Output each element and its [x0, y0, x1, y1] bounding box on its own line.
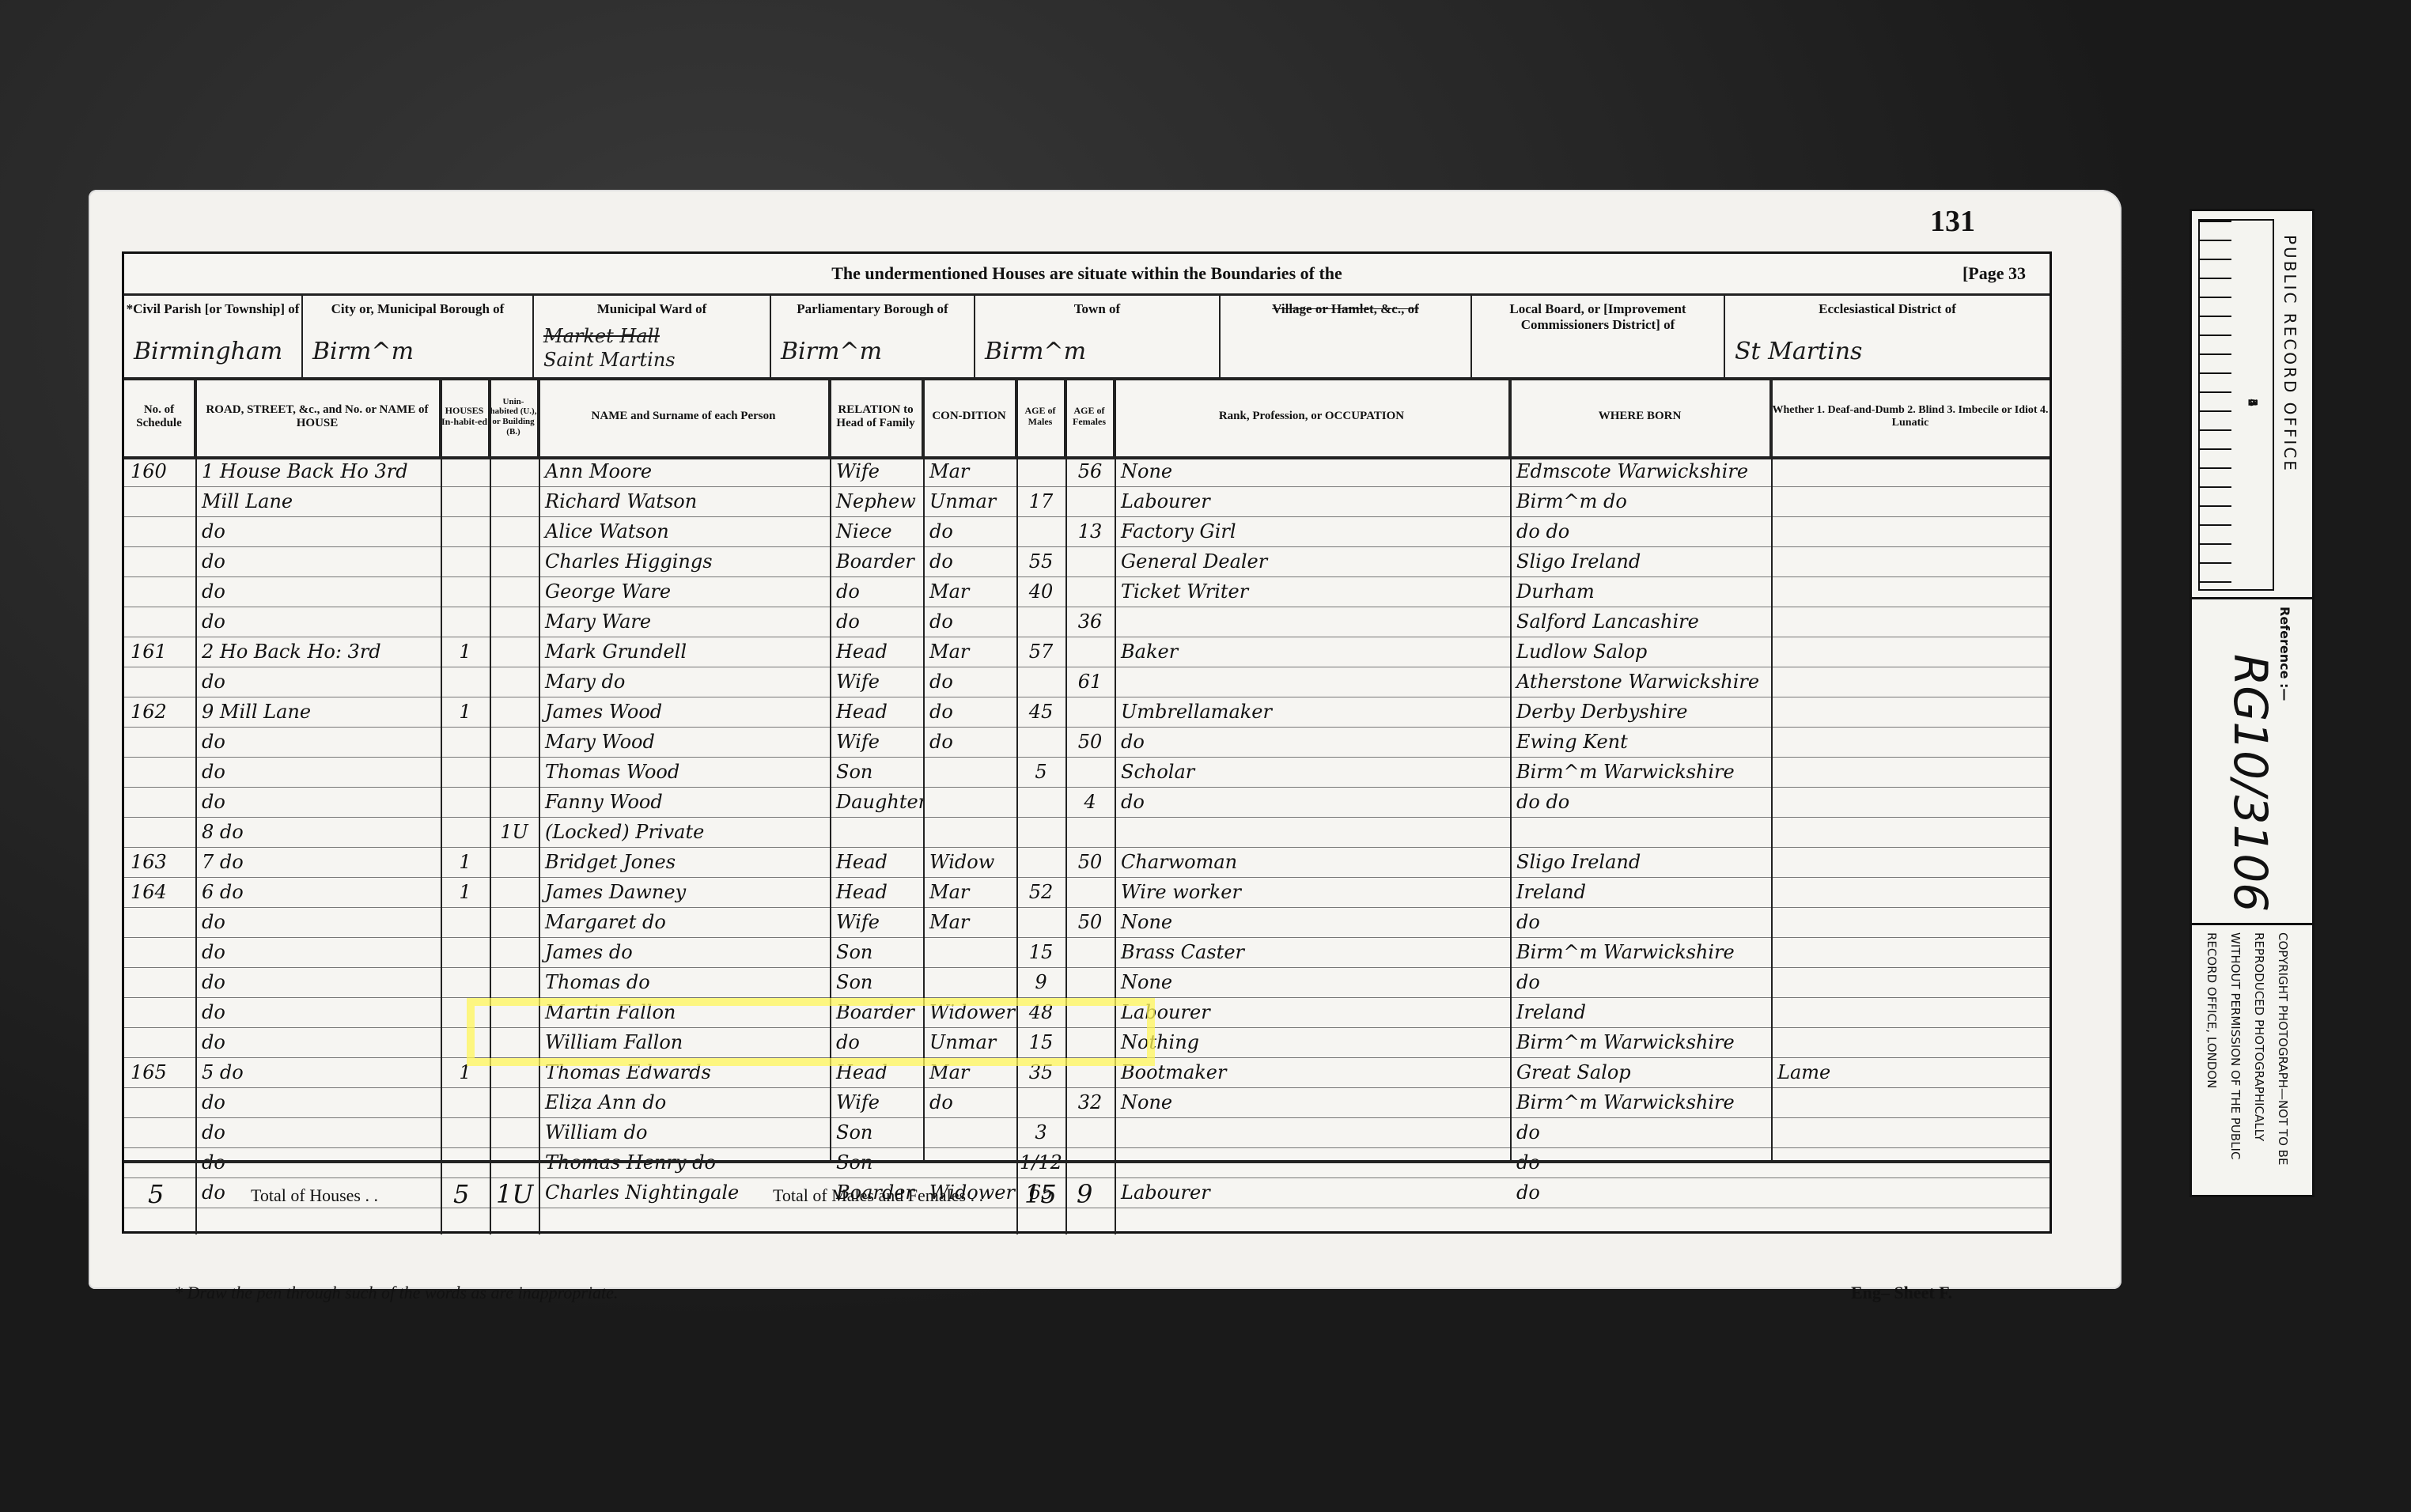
cell-name: William do [539, 1117, 830, 1147]
cell-relation: Head [830, 1057, 923, 1087]
cell-address: 6 do [195, 877, 441, 907]
cell-uninhabited [490, 757, 539, 787]
cell-relation: Boarder [830, 546, 923, 576]
cell-age-f: 50 [1065, 907, 1115, 937]
cell-relation: Head [830, 847, 923, 877]
cell-age-m: 52 [1016, 877, 1065, 907]
cell-uninhabited [490, 937, 539, 967]
cell-relation: do [830, 576, 923, 607]
cell-inhabited [441, 937, 490, 967]
cell-condition: Mar [923, 456, 1016, 486]
cell-address: do [195, 967, 441, 997]
cell-age-m [1016, 607, 1065, 637]
cell-age-m: 55 [1016, 546, 1065, 576]
cell-condition: do [923, 516, 1016, 546]
cell-relation: Niece [830, 516, 923, 546]
cell-infirmity [1771, 757, 2050, 787]
cell-age-m: 17 [1016, 486, 1065, 516]
cell-infirmity [1771, 997, 2050, 1027]
divider [923, 377, 925, 1160]
divider [2192, 923, 2312, 925]
total-females: 9 [1077, 1179, 1092, 1209]
cell-uninhabited [490, 486, 539, 516]
cell-infirmity [1771, 697, 2050, 727]
cell-name: Alice Watson [539, 516, 830, 546]
cell-name: Mark Grundell [539, 637, 830, 667]
cell-infirmity [1771, 877, 2050, 907]
cell-age-f: 36 [1065, 607, 1115, 637]
cell-schedule [124, 576, 195, 607]
cell-name: Thomas Wood [539, 757, 830, 787]
divider [490, 377, 491, 1234]
cell-name: Martin Fallon [539, 997, 830, 1027]
cell-age-m: 57 [1016, 637, 1065, 667]
cell-infirmity [1771, 456, 2050, 486]
cell-schedule: 160 [124, 456, 195, 486]
cell-birthplace: Salford Lancashire [1510, 607, 1771, 637]
divider [1510, 377, 1512, 1160]
cell-schedule: 165 [124, 1057, 195, 1087]
cell-age-m [1016, 727, 1065, 757]
table-row: doWilliam FallondoUnmar15NothingBirm^m W… [124, 1027, 2050, 1058]
cell-relation: Wife [830, 1087, 923, 1117]
cell-schedule [124, 817, 195, 847]
cell-birthplace: Birm^m do [1510, 486, 1771, 516]
cell-birthplace: Birm^m Warwickshire [1510, 1087, 1771, 1117]
cell-uninhabited [490, 1027, 539, 1057]
cell-relation [830, 817, 923, 847]
col-age-females: AGE of Females [1065, 377, 1115, 456]
cell-age-f [1065, 757, 1115, 787]
cell-schedule [124, 1087, 195, 1117]
municipal-borough-field: City or, Municipal Borough of Birm^m [303, 293, 534, 377]
cell-birthplace: do [1510, 967, 1771, 997]
cell-age-f: 50 [1065, 727, 1115, 757]
col-condition: CON-DITION [923, 377, 1016, 456]
cell-age-m [1016, 907, 1065, 937]
cell-relation: Head [830, 637, 923, 667]
cell-infirmity [1771, 1087, 2050, 1117]
cell-condition: Mar [923, 907, 1016, 937]
cell-occupation: None [1115, 1087, 1510, 1117]
cell-condition: Mar [923, 576, 1016, 607]
cell-birthplace: Ireland [1510, 877, 1771, 907]
cell-relation: Son [830, 757, 923, 787]
cell-age-f: 50 [1065, 847, 1115, 877]
cell-schedule: 162 [124, 697, 195, 727]
col-uninhabited: Unin-habited (U.), or Building (B.) [490, 377, 539, 456]
cell-infirmity [1771, 516, 2050, 546]
cell-address: Mill Lane [195, 486, 441, 516]
cell-schedule [124, 787, 195, 817]
cell-age-f [1065, 576, 1115, 607]
cell-address: do [195, 757, 441, 787]
cell-uninhabited [490, 997, 539, 1027]
cell-condition: Mar [923, 877, 1016, 907]
cell-uninhabited [490, 456, 539, 486]
cell-infirmity [1771, 486, 2050, 516]
cell-uninhabited [490, 1087, 539, 1117]
cell-occupation: None [1115, 907, 1510, 937]
cell-birthplace: Durham [1510, 576, 1771, 607]
cell-relation: Wife [830, 727, 923, 757]
cell-age-f [1065, 486, 1115, 516]
table-row: 1655 do1Thomas EdwardsHeadMar35Bootmaker… [124, 1057, 2050, 1088]
cell-schedule [124, 967, 195, 997]
cell-name: George Ware [539, 576, 830, 607]
cell-schedule: 164 [124, 877, 195, 907]
cell-condition: do [923, 697, 1016, 727]
table-row: doWilliam doSon3do [124, 1117, 2050, 1148]
sheet-label: Eng– Sheet F. [1851, 1283, 1952, 1303]
cell-inhabited [441, 787, 490, 817]
cell-name: Charles Higgings [539, 546, 830, 576]
cell-inhabited: 1 [441, 637, 490, 667]
total-houses-label: Total of Houses . . [251, 1185, 378, 1206]
table-row: doAlice WatsonNiecedo13Factory Girldo do [124, 516, 2050, 547]
col-name: NAME and Surname of each Person [539, 377, 830, 456]
table-row: doMary WoodWifedo50doEwing Kent [124, 727, 2050, 758]
cell-schedule [124, 607, 195, 637]
col-infirmity: Whether 1. Deaf-and-Dumb 2. Blind 3. Imb… [1771, 377, 2050, 456]
col-relation: RELATION to Head of Family [830, 377, 923, 456]
cell-address: do [195, 516, 441, 546]
cell-infirmity [1771, 847, 2050, 877]
cell-infirmity [1771, 1117, 2050, 1147]
cell-relation: do [830, 607, 923, 637]
table-row: 1612 Ho Back Ho: 3rd1Mark GrundellHeadMa… [124, 637, 2050, 667]
cell-inhabited [441, 456, 490, 486]
cell-schedule [124, 1027, 195, 1057]
cell-infirmity [1771, 607, 2050, 637]
cell-name: James Wood [539, 697, 830, 727]
cell-infirmity [1771, 787, 2050, 817]
total-houses-uninhabited: 1U [496, 1179, 533, 1209]
cell-occupation: Labourer [1115, 486, 1510, 516]
cell-name: Margaret do [539, 907, 830, 937]
cell-birthplace: Ewing Kent [1510, 727, 1771, 757]
divider [1771, 377, 1773, 1160]
form-banner: The undermentioned Houses are situate wi… [124, 254, 2050, 296]
cell-age-f [1065, 697, 1115, 727]
cell-condition: Mar [923, 1057, 1016, 1087]
cell-inhabited [441, 546, 490, 576]
cell-condition [923, 967, 1016, 997]
table-row: doMargaret doWifeMar50Nonedo [124, 907, 2050, 938]
cell-name: (Locked) Private [539, 817, 830, 847]
civil-parish-field: *Civil Parish [or Township] of Birmingha… [124, 293, 303, 377]
col-inhabited: HOUSES In-habit-ed [441, 377, 490, 456]
cell-uninhabited [490, 787, 539, 817]
cell-relation: Head [830, 697, 923, 727]
village-hamlet-field: Village or Hamlet, &c., of [1221, 293, 1472, 377]
cell-birthplace: Ludlow Salop [1510, 637, 1771, 667]
divider [1065, 377, 1067, 1234]
cell-infirmity [1771, 1027, 2050, 1057]
cell-relation: Wife [830, 907, 923, 937]
cell-schedule [124, 937, 195, 967]
cell-address: do [195, 997, 441, 1027]
cell-occupation: None [1115, 456, 1510, 486]
cell-birthplace: Sligo Ireland [1510, 546, 1771, 576]
totals-row: 5 Total of Houses . . 5 1U Total of Male… [124, 1160, 2050, 1236]
cell-inhabited [441, 516, 490, 546]
cell-infirmity [1771, 546, 2050, 576]
cell-age-f: 4 [1065, 787, 1115, 817]
cell-occupation: Charwoman [1115, 847, 1510, 877]
cell-age-m [1016, 817, 1065, 847]
cell-inhabited [441, 907, 490, 937]
total-persons-label: Total of Males and Females . . [773, 1185, 983, 1206]
cell-inhabited [441, 967, 490, 997]
cell-age-f: 32 [1065, 1087, 1115, 1117]
cell-inhabited: 1 [441, 877, 490, 907]
column-headers: No. of Schedule ROAD, STREET, &c., and N… [124, 377, 2050, 459]
table-row: doThomas doSon9Nonedo [124, 967, 2050, 998]
cell-inhabited: 1 [441, 847, 490, 877]
cell-name: Richard Watson [539, 486, 830, 516]
parliamentary-borough-field: Parliamentary Borough of Birm^m [771, 293, 975, 377]
table-row: 1601 House Back Ho 3rdAnn MooreWifeMar56… [124, 456, 2050, 487]
cell-condition: do [923, 727, 1016, 757]
cell-birthplace [1510, 817, 1771, 847]
cell-schedule [124, 997, 195, 1027]
cell-relation: Nephew [830, 486, 923, 516]
col-birthplace: WHERE BORN [1510, 377, 1771, 456]
office-name: PUBLIC RECORD OFFICE [2280, 235, 2299, 473]
cell-name: Mary do [539, 667, 830, 697]
banner-title: The undermentioned Houses are situate wi… [124, 263, 2050, 284]
cell-age-f [1065, 817, 1115, 847]
cell-condition [923, 817, 1016, 847]
cell-occupation: Bootmaker [1115, 1057, 1510, 1087]
reference-label: Reference :— [2277, 607, 2292, 701]
cell-address: 9 Mill Lane [195, 697, 441, 727]
table-row: doThomas WoodSon5ScholarBirm^m Warwicksh… [124, 757, 2050, 788]
cell-address: 5 do [195, 1057, 441, 1087]
cell-relation: Boarder [830, 997, 923, 1027]
cell-address: do [195, 727, 441, 757]
cell-relation: Son [830, 1117, 923, 1147]
cell-age-m [1016, 516, 1065, 546]
ruler-numbers: 1 2 3 4 5 6 [2233, 221, 2273, 584]
cell-age-m: 15 [1016, 937, 1065, 967]
divider [1016, 377, 1018, 1234]
cell-uninhabited [490, 546, 539, 576]
cell-inhabited [441, 727, 490, 757]
cell-schedule [124, 907, 195, 937]
cell-name: Bridget Jones [539, 847, 830, 877]
cell-schedule [124, 546, 195, 576]
cell-occupation: None [1115, 967, 1510, 997]
cell-name: James Dawney [539, 877, 830, 907]
cell-occupation: Labourer [1115, 997, 1510, 1027]
cell-uninhabited [490, 847, 539, 877]
total-houses-inhabited: 5 [453, 1179, 469, 1209]
cell-inhabited [441, 576, 490, 607]
cell-age-f: 61 [1065, 667, 1115, 697]
cell-age-m [1016, 456, 1065, 486]
page-label: [Page 33 [1962, 263, 2026, 284]
folio-number: 131 [1930, 204, 1975, 239]
cell-age-m [1016, 847, 1065, 877]
cell-inhabited [441, 486, 490, 516]
cell-occupation: Brass Caster [1115, 937, 1510, 967]
cell-uninhabited [490, 637, 539, 667]
cell-birthplace: Birm^m Warwickshire [1510, 1027, 1771, 1057]
ecclesiastical-district-field: Ecclesiastical District of St Martins [1725, 293, 2050, 377]
cell-birthplace: do [1510, 1117, 1771, 1147]
cell-age-m: 40 [1016, 576, 1065, 607]
table-row: 1629 Mill Lane1James WoodHeaddo45Umbrell… [124, 697, 2050, 728]
cell-condition: do [923, 667, 1016, 697]
cell-inhabited [441, 667, 490, 697]
table-row: Mill LaneRichard WatsonNephewUnmar17Labo… [124, 486, 2050, 517]
cell-condition [923, 757, 1016, 787]
cell-name: James do [539, 937, 830, 967]
cell-age-m: 15 [1016, 1027, 1065, 1057]
cell-infirmity [1771, 937, 2050, 967]
cell-inhabited: 1 [441, 1057, 490, 1087]
cell-uninhabited [490, 907, 539, 937]
cell-inhabited [441, 757, 490, 787]
cell-name: Mary Ware [539, 607, 830, 637]
census-form: The undermentioned Houses are situate wi… [122, 251, 2052, 1234]
cell-relation: Head [830, 877, 923, 907]
cell-address: do [195, 546, 441, 576]
cell-age-f [1065, 877, 1115, 907]
total-males: 15 [1024, 1179, 1057, 1209]
cell-birthplace: do [1510, 907, 1771, 937]
cell-birthplace: Edmscote Warwickshire [1510, 456, 1771, 486]
col-address: ROAD, STREET, &c., and No. or NAME of HO… [195, 377, 441, 456]
cell-uninhabited [490, 516, 539, 546]
cell-name: Fanny Wood [539, 787, 830, 817]
cell-age-m: 3 [1016, 1117, 1065, 1147]
cell-age-m: 9 [1016, 967, 1065, 997]
cell-infirmity [1771, 667, 2050, 697]
table-row: doEliza Ann doWifedo32NoneBirm^m Warwick… [124, 1087, 2050, 1118]
table-row: 1646 do1James DawneyHeadMar52Wire worker… [124, 877, 2050, 908]
cell-age-f [1065, 1117, 1115, 1147]
footnote: * Draw the pen through such of the words… [174, 1283, 618, 1303]
cell-schedule [124, 727, 195, 757]
cell-birthplace: Derby Derbyshire [1510, 697, 1771, 727]
cell-relation: Wife [830, 456, 923, 486]
cell-occupation [1115, 817, 1510, 847]
cell-address: 8 do [195, 817, 441, 847]
cell-address: do [195, 576, 441, 607]
copyright-notice: COPYRIGHT PHOTOGRAPH—NOT TO BE REPRODUCE… [2200, 932, 2295, 1185]
cell-name: Thomas do [539, 967, 830, 997]
cell-address: do [195, 787, 441, 817]
col-occupation: Rank, Profession, or OCCUPATION [1115, 377, 1510, 456]
cell-uninhabited [490, 1117, 539, 1147]
cell-schedule [124, 757, 195, 787]
cell-age-f [1065, 997, 1115, 1027]
table-row: 8 do1U(Locked) Private [124, 817, 2050, 848]
cell-uninhabited [490, 607, 539, 637]
cell-condition [923, 1117, 1016, 1147]
cell-condition: do [923, 546, 1016, 576]
cell-inhabited [441, 607, 490, 637]
cell-inhabited [441, 1087, 490, 1117]
cell-uninhabited [490, 727, 539, 757]
cell-age-m: 45 [1016, 697, 1065, 727]
cell-birthplace: do do [1510, 516, 1771, 546]
cell-inhabited [441, 997, 490, 1027]
cell-occupation [1115, 1117, 1510, 1147]
divider [1115, 377, 1116, 1234]
cell-age-m: 5 [1016, 757, 1065, 787]
cell-occupation: do [1115, 727, 1510, 757]
cell-schedule [124, 486, 195, 516]
cell-birthplace: Birm^m Warwickshire [1510, 757, 1771, 787]
cell-infirmity [1771, 576, 2050, 607]
cell-schedule [124, 667, 195, 697]
cell-condition: Widower [923, 997, 1016, 1027]
cell-occupation [1115, 667, 1510, 697]
cell-age-m [1016, 787, 1065, 817]
cell-uninhabited [490, 877, 539, 907]
cell-occupation: do [1115, 787, 1510, 817]
cell-condition: Widow [923, 847, 1016, 877]
cell-occupation: Baker [1115, 637, 1510, 667]
table-row: doMary doWifedo61Atherstone Warwickshire [124, 667, 2050, 697]
table-row: doFanny WoodDaughter4dodo do [124, 787, 2050, 818]
cell-uninhabited [490, 667, 539, 697]
cell-age-f: 13 [1065, 516, 1115, 546]
cell-name: Mary Wood [539, 727, 830, 757]
cell-address: 1 House Back Ho 3rd [195, 456, 441, 486]
cell-age-f [1065, 967, 1115, 997]
cell-age-f [1065, 637, 1115, 667]
cell-birthplace: Sligo Ireland [1510, 847, 1771, 877]
cell-birthplace: Great Salop [1510, 1057, 1771, 1087]
cell-address: do [195, 907, 441, 937]
cell-uninhabited [490, 967, 539, 997]
table-row: doMary Waredodo36Salford Lancashire [124, 607, 2050, 637]
cell-age-f [1065, 546, 1115, 576]
divider [195, 377, 197, 1234]
table-row: doCharles HiggingsBoarderdo55General Dea… [124, 546, 2050, 577]
cell-name: Ann Moore [539, 456, 830, 486]
cell-relation: Son [830, 937, 923, 967]
cell-condition: Unmar [923, 1027, 1016, 1057]
cell-schedule [124, 516, 195, 546]
cell-occupation: Umbrellamaker [1115, 697, 1510, 727]
cell-infirmity [1771, 817, 2050, 847]
cell-schedule [124, 1117, 195, 1147]
cell-birthplace: Ireland [1510, 997, 1771, 1027]
table-row: doJames doSon15Brass CasterBirm^m Warwic… [124, 937, 2050, 968]
divider [539, 377, 540, 1234]
cell-birthplace: Atherstone Warwickshire [1510, 667, 1771, 697]
cell-age-f: 56 [1065, 456, 1115, 486]
cell-age-f [1065, 937, 1115, 967]
public-record-office-slip: PUBLIC RECORD OFFICE 1 2 3 4 5 6 Referen… [2190, 209, 2314, 1197]
cell-address: do [195, 1117, 441, 1147]
cell-occupation: Wire worker [1115, 877, 1510, 907]
col-age-males: AGE of Males [1016, 377, 1065, 456]
table-row: doMartin FallonBoarderWidower48LabourerI… [124, 997, 2050, 1028]
cell-infirmity: Lame [1771, 1057, 2050, 1087]
local-board-field: Local Board, or [Improvement Commissione… [1472, 293, 1725, 377]
cell-inhabited: 1 [441, 697, 490, 727]
cell-name: Eliza Ann do [539, 1087, 830, 1117]
cell-occupation: Scholar [1115, 757, 1510, 787]
cell-address: do [195, 1087, 441, 1117]
